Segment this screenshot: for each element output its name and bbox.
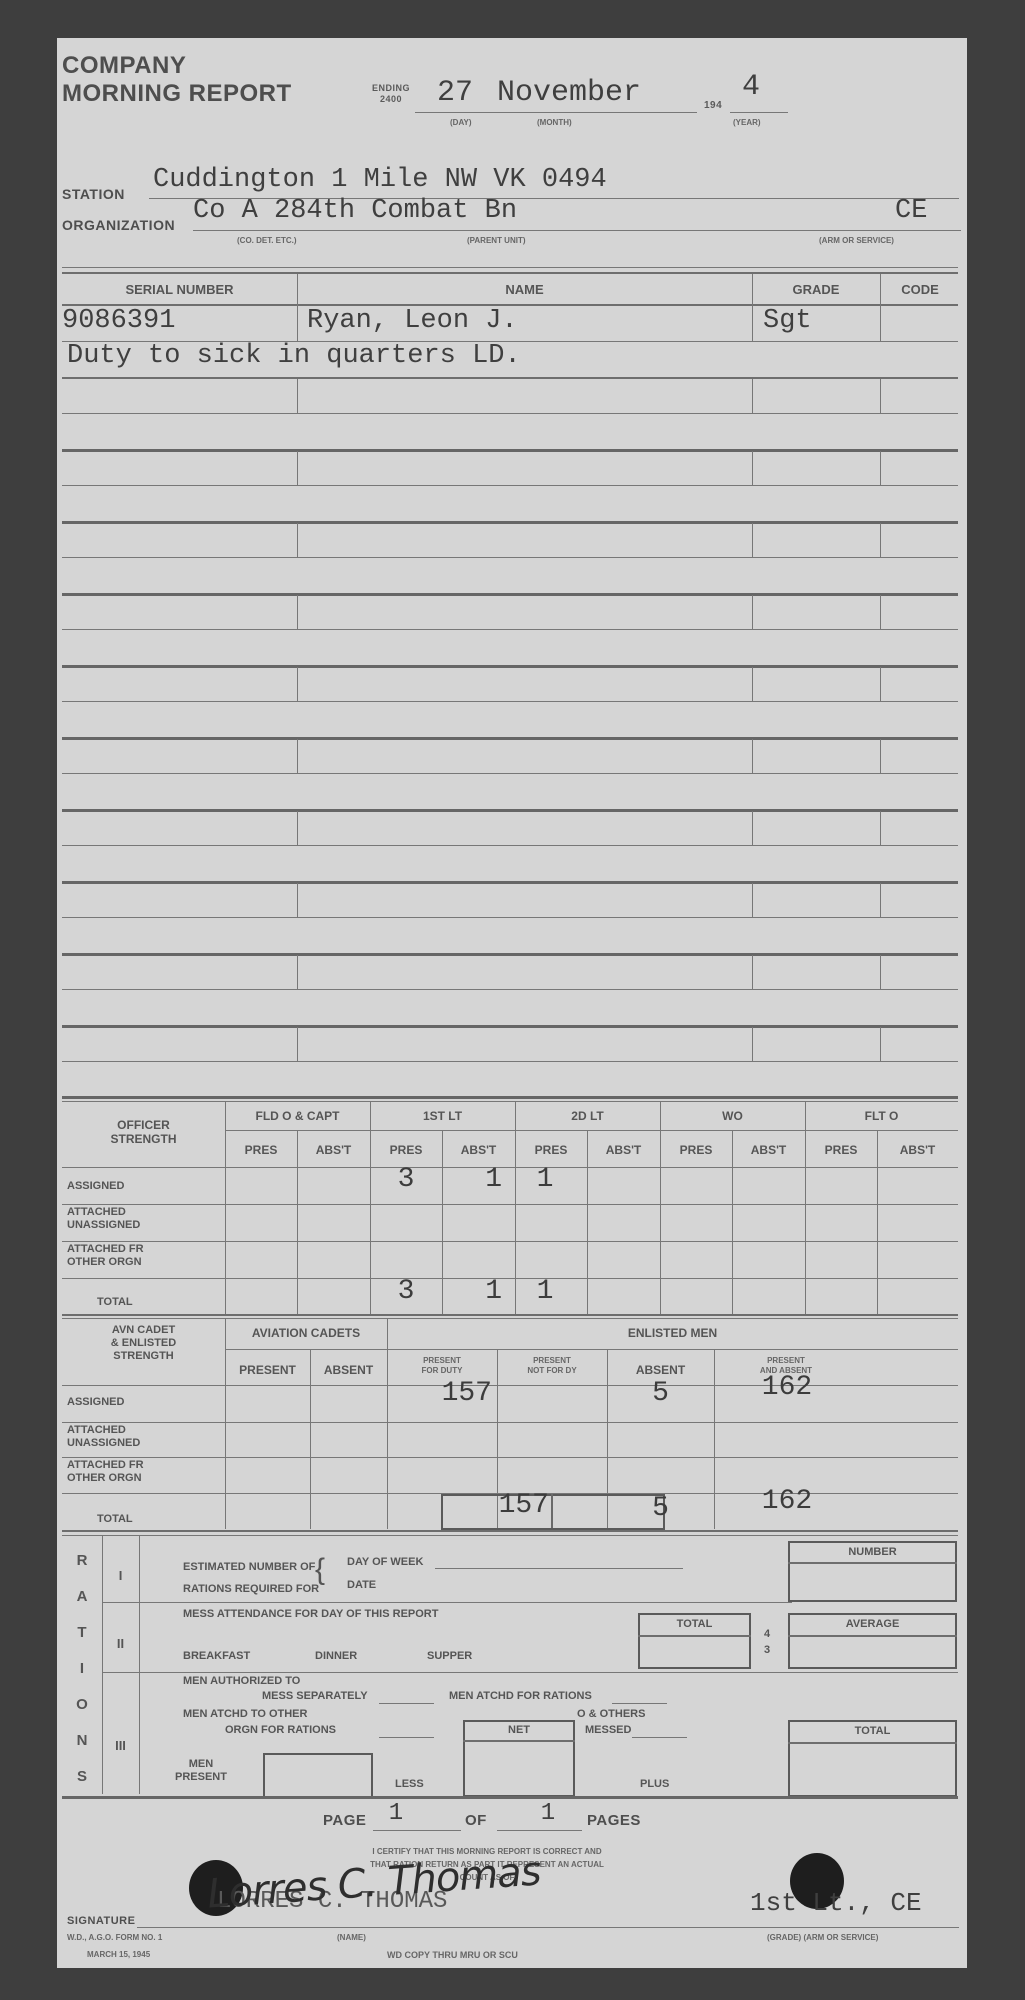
date-label: DATE: [347, 1579, 376, 1591]
col-name: NAME: [297, 282, 752, 297]
assigned-1st-lt-pres[interactable]: 3: [370, 1164, 442, 1195]
organization-value[interactable]: Co A 284th Combat Bn: [193, 196, 517, 226]
caption-service: (ARM OR SERVICE): [819, 236, 894, 246]
rations-side-label: R A T I O N S: [62, 1543, 102, 1795]
label-line-1: MEN: [142, 1758, 260, 1771]
col-line-1: PRESENT: [497, 1356, 607, 1366]
assigned-present-and-absent[interactable]: 162: [747, 1372, 827, 1403]
year-caption: (YEAR): [733, 118, 761, 128]
col-cadet-present: PRESENT: [225, 1363, 310, 1377]
sub-abst: ABS'T: [587, 1143, 660, 1157]
total-2d-lt-pres[interactable]: 1: [515, 1276, 575, 1307]
row-attached-unassigned-label: ATTACHED UNASSIGNED: [67, 1206, 140, 1232]
net-label: NET: [463, 1724, 575, 1736]
others-messed-line-1: O & OTHERS: [577, 1708, 645, 1720]
ending-label: ENDING 2400: [372, 83, 410, 105]
total-1st-lt-pres[interactable]: 3: [370, 1276, 442, 1307]
title-line-1: COMPANY: [62, 52, 292, 80]
group-enlisted-men: ENLISTED MEN: [387, 1326, 958, 1340]
row-assigned-label: ASSIGNED: [67, 1180, 124, 1192]
letter: A: [62, 1579, 102, 1615]
day-of-week-label: DAY OF WEEK: [347, 1556, 423, 1568]
report-year-digit[interactable]: 4: [742, 70, 760, 104]
supper-label: SUPPER: [427, 1650, 472, 1662]
entry-serial[interactable]: 9086391: [62, 306, 175, 336]
men-authorized-line-1: MEN AUTHORIZED TO: [183, 1675, 300, 1687]
sub-abst: ABS'T: [297, 1143, 370, 1157]
assigned-2d-lt-pres[interactable]: 1: [515, 1164, 575, 1195]
sub-pres: PRES: [660, 1143, 732, 1157]
sub-abst: ABS'T: [442, 1143, 515, 1157]
label-line-2: UNASSIGNED: [67, 1437, 140, 1450]
col-code: CODE: [880, 282, 960, 297]
officer-title-1: OFFICER: [62, 1118, 225, 1132]
others-messed-line-2: MESSED: [585, 1724, 631, 1736]
caption-unit: (CO. DET. ETC.): [237, 236, 297, 246]
officer-strength-title: OFFICER STRENGTH: [62, 1118, 225, 1146]
group-1st-lt: 1ST LT: [370, 1109, 515, 1123]
total-1st-lt-abst[interactable]: 1: [442, 1276, 502, 1307]
label-line-1: ATTACHED FR: [67, 1243, 144, 1256]
entry-grade[interactable]: Sgt: [763, 306, 812, 336]
label-line-2: PRESENT: [142, 1771, 260, 1784]
group-aviation-cadets: AVIATION CADETS: [225, 1326, 387, 1340]
total-absent[interactable]: 5: [607, 1493, 714, 1524]
divisor: 4 3: [757, 1626, 777, 1658]
form-number: W.D., A.G.O. FORM NO. 1: [67, 1933, 162, 1943]
year-prefix: 194: [704, 100, 722, 111]
report-month[interactable]: November: [497, 76, 641, 110]
section-2-numeral: II: [102, 1636, 139, 1651]
col-line-1: PRESENT: [387, 1356, 497, 1366]
form-title: COMPANY MORNING REPORT: [62, 52, 292, 108]
enlisted-title-2: & ENLISTED: [62, 1337, 225, 1350]
section-1-text: ESTIMATED NUMBER OF RATIONS REQUIRED FOR: [183, 1556, 319, 1600]
letter: S: [62, 1759, 102, 1795]
ending-time: 2400: [372, 94, 410, 105]
label-line-1: ATTACHED: [67, 1424, 140, 1437]
col-present-for-duty: PRESENT FOR DUTY: [387, 1356, 497, 1376]
section-3-numeral: III: [102, 1738, 139, 1753]
men-atchd-other-line-2: ORGN FOR RATIONS: [225, 1724, 336, 1736]
assigned-1st-lt-abst[interactable]: 1: [442, 1164, 502, 1195]
total-pages[interactable]: 1: [527, 1800, 569, 1827]
letter: O: [62, 1687, 102, 1723]
row-attached-other-label: ATTACHED FR OTHER ORGN: [67, 1243, 144, 1269]
enlisted-title-1: AVN CADET: [62, 1324, 225, 1337]
organization-service[interactable]: CE: [895, 196, 927, 226]
text-line-1: ESTIMATED NUMBER OF: [183, 1556, 319, 1578]
col-absent: ABSENT: [607, 1363, 714, 1377]
col-line-2: NOT FOR DY: [497, 1366, 607, 1376]
brace: {: [315, 1548, 325, 1592]
grade-service[interactable]: 1st Lt., CE: [750, 1888, 922, 1918]
enlisted-strength-title: AVN CADET & ENLISTED STRENGTH: [62, 1324, 225, 1363]
sub-pres: PRES: [370, 1143, 442, 1157]
sub-pres: PRES: [225, 1143, 297, 1157]
mess-attendance-title: MESS ATTENDANCE FOR DAY OF THIS REPORT: [183, 1608, 438, 1620]
section-1-numeral: I: [102, 1568, 139, 1583]
ending-text: ENDING: [372, 83, 410, 94]
grade-caption: (GRADE) (ARM OR SERVICE): [767, 1933, 878, 1943]
enlisted-title-3: STRENGTH: [62, 1350, 225, 1363]
group-fld-o-capt: FLD O & CAPT: [225, 1109, 370, 1123]
breakfast-label: BREAKFAST: [183, 1650, 250, 1662]
plus-label: PLUS: [640, 1778, 669, 1790]
row-attached-unassigned-label: ATTACHED UNASSIGNED: [67, 1424, 140, 1450]
entry-name[interactable]: Ryan, Leon J.: [307, 306, 518, 336]
row-assigned-label: ASSIGNED: [67, 1396, 124, 1408]
page-label: PAGE: [323, 1812, 366, 1829]
letter: I: [62, 1651, 102, 1687]
row-attached-other-label: ATTACHED FR OTHER ORGN: [67, 1459, 144, 1485]
page-number[interactable]: 1: [375, 1800, 417, 1827]
caption-parent: (PARENT UNIT): [467, 236, 526, 246]
col-line-2: FOR DUTY: [387, 1366, 497, 1376]
pages-label: PAGES: [587, 1812, 641, 1829]
label-line-2: OTHER ORGN: [67, 1256, 144, 1269]
col-line-1: PRESENT: [714, 1356, 858, 1366]
men-authorized-line-2: MESS SEPARATELY: [262, 1690, 368, 1702]
total-present-and-absent[interactable]: 162: [747, 1486, 827, 1517]
col-cadet-absent: ABSENT: [310, 1363, 387, 1377]
morning-report-form: COMPANY MORNING REPORT ENDING 2400 27 No…: [57, 38, 967, 1968]
name-caption: (NAME): [337, 1933, 366, 1943]
letter: R: [62, 1543, 102, 1579]
label-line-1: ATTACHED FR: [67, 1459, 144, 1472]
entry-remark[interactable]: Duty to sick in quarters LD.: [67, 341, 521, 371]
label-line-1: ATTACHED: [67, 1206, 140, 1219]
average-label: AVERAGE: [788, 1618, 957, 1630]
men-present-box[interactable]: [263, 1753, 373, 1799]
form-date: MARCH 15, 1945: [87, 1950, 150, 1960]
divisor-top: 4: [757, 1626, 777, 1642]
station-value[interactable]: Cuddington 1 Mile NW VK 0494: [153, 165, 607, 195]
col-serial-number: SERIAL NUMBER: [62, 282, 297, 297]
row-total-label: TOTAL: [97, 1296, 133, 1308]
letter: N: [62, 1723, 102, 1759]
less-label: LESS: [395, 1778, 424, 1790]
of-label: OF: [465, 1812, 487, 1829]
station-label: STATION: [62, 186, 125, 202]
sub-pres: PRES: [805, 1143, 877, 1157]
divisor-bottom: 3: [757, 1642, 777, 1658]
label-line-2: OTHER ORGN: [67, 1472, 144, 1485]
letter: T: [62, 1615, 102, 1651]
row-total-label: TOTAL: [97, 1513, 133, 1525]
total-present-for-duty[interactable]: 157: [441, 1490, 549, 1521]
officer-title-2: STRENGTH: [62, 1132, 225, 1146]
number-label: NUMBER: [788, 1546, 957, 1558]
text-line-2: RATIONS REQUIRED FOR: [183, 1578, 319, 1600]
col-grade: GRADE: [752, 282, 880, 297]
dinner-label: DINNER: [315, 1650, 357, 1662]
copy-note: WD COPY THRU MRU OR SCU: [387, 1950, 518, 1960]
report-day[interactable]: 27: [437, 76, 473, 110]
mess-total-label: TOTAL: [638, 1618, 751, 1630]
section-3-total-label: TOTAL: [788, 1725, 957, 1737]
group-wo: WO: [660, 1109, 805, 1123]
day-caption: (DAY): [450, 118, 471, 128]
men-present-label: MEN PRESENT: [142, 1758, 260, 1784]
organization-label: ORGANIZATION: [62, 217, 175, 233]
men-atchd-for-rations: MEN ATCHD FOR RATIONS: [449, 1690, 592, 1702]
col-present-not-for-duty: PRESENT NOT FOR DY: [497, 1356, 607, 1376]
group-flt-o: FLT O: [805, 1109, 958, 1123]
assigned-absent[interactable]: 5: [607, 1378, 714, 1409]
signature-label: SIGNATURE: [67, 1915, 135, 1927]
assigned-present-for-duty[interactable]: 157: [387, 1378, 492, 1409]
title-line-2: MORNING REPORT: [62, 80, 292, 108]
label-line-2: UNASSIGNED: [67, 1219, 140, 1232]
sub-abst: ABS'T: [877, 1143, 958, 1157]
sub-abst: ABS'T: [732, 1143, 805, 1157]
month-caption: (MONTH): [537, 118, 572, 128]
men-atchd-other-line-1: MEN ATCHD TO OTHER: [183, 1708, 307, 1720]
sub-pres: PRES: [515, 1143, 587, 1157]
group-2d-lt: 2D LT: [515, 1109, 660, 1123]
